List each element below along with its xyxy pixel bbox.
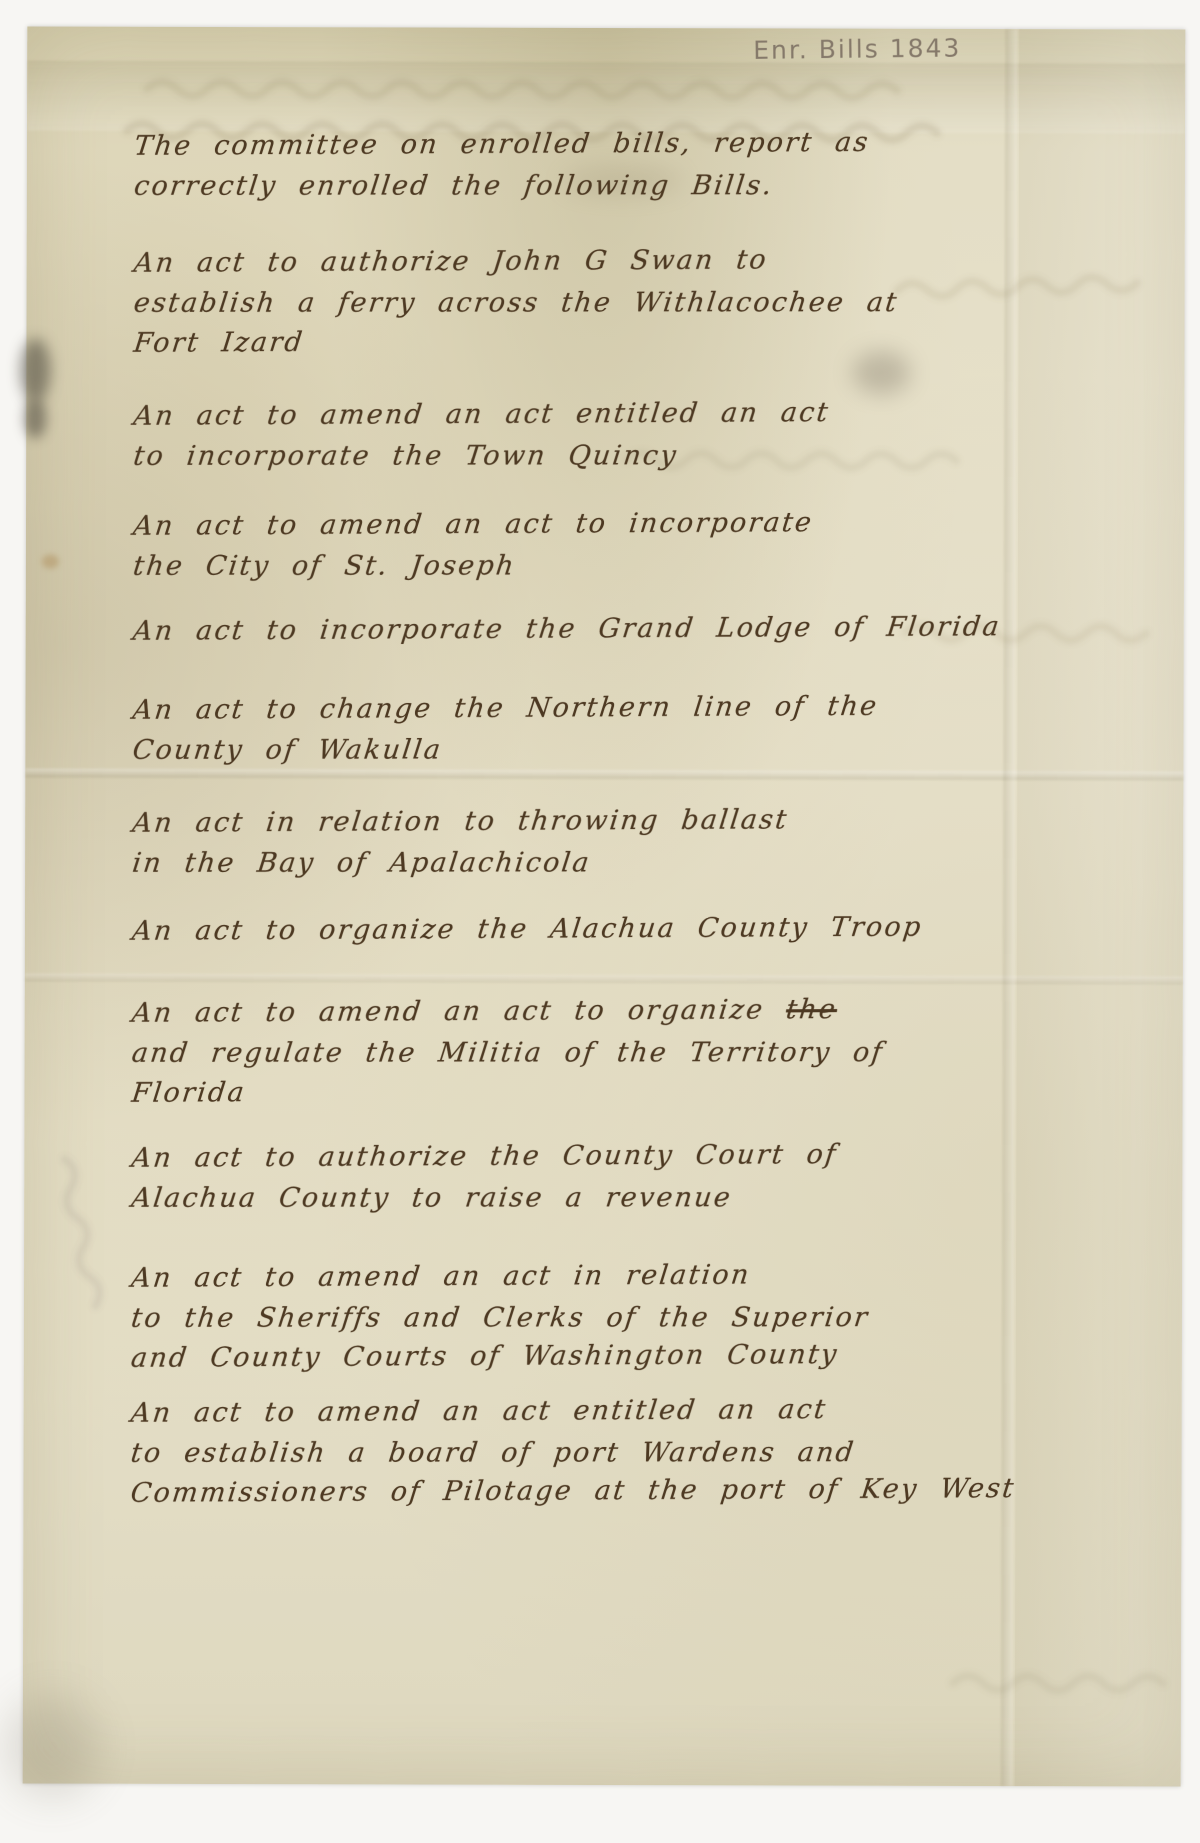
- manuscript-line: Florida: [129, 1070, 886, 1114]
- bill-entry: An act to authorize John G Swan toestabl…: [131, 244, 895, 366]
- struck-word: the: [784, 994, 839, 1025]
- manuscript-line: The committee on enrolled bills, report …: [132, 123, 872, 167]
- manuscript-line: correctly enrolled the following Bills.: [132, 166, 872, 207]
- document-page: Enr. Bills 1843 The committee on enrolle…: [23, 26, 1186, 1786]
- bill-entry: An act to authorize the County Court ofA…: [129, 1139, 834, 1221]
- bill-entry: An act to amend an act to organize thean…: [129, 994, 881, 1116]
- manuscript-line: establish a ferry across the Withlacoche…: [132, 283, 901, 324]
- bill-entry: An act to amend an act entitled an actto…: [128, 1394, 1012, 1516]
- pencil-annotation: Enr. Bills 1843: [753, 33, 961, 64]
- bill-entry: An act in relation to throwing ballastin…: [130, 804, 785, 886]
- manuscript-line: in the Bay of Apalachicola: [130, 843, 790, 884]
- bill-entry: An act to amend an act to incorporatethe…: [131, 507, 810, 589]
- manuscript-line: An act to amend an act in relation: [129, 1255, 872, 1299]
- manuscript-line: and regulate the Militia of the Territor…: [130, 1033, 887, 1074]
- manuscript-line: An act to authorize the County Court of: [129, 1135, 839, 1179]
- bill-entry: An act to incorporate the Grand Lodge of…: [131, 612, 998, 654]
- scan-background: Enr. Bills 1843 The committee on enrolle…: [0, 0, 1200, 1843]
- manuscript-line: An act to authorize John G Swan to: [132, 240, 901, 284]
- manuscript-line: An act to organize the Alachua County Tr…: [130, 908, 925, 952]
- manuscript: Enr. Bills 1843 The committee on enrolle…: [23, 26, 1186, 1786]
- manuscript-line: An act to amend an act to organize the: [130, 990, 887, 1034]
- manuscript-line: to incorporate the Town Quincy: [131, 436, 832, 477]
- manuscript-line: An act to amend an act to incorporate: [131, 503, 816, 547]
- manuscript-line: An act to change the Northern line of th…: [130, 687, 880, 731]
- manuscript-line: to the Sheriffs and Clerks of the Superi…: [129, 1298, 872, 1339]
- manuscript-line: Fort Izard: [131, 320, 900, 364]
- manuscript-line: County of Wakulla: [130, 730, 880, 771]
- bill-entry: An act to amend an act in relationto the…: [129, 1259, 867, 1381]
- manuscript-line: Commissioners of Pilotage at the port of…: [128, 1469, 1017, 1514]
- bill-entry: An act to change the Northern line of th…: [130, 691, 875, 773]
- manuscript-line: the City of St. Joseph: [131, 546, 815, 587]
- manuscript-line: An act to amend an act entitled an act: [129, 1389, 1018, 1434]
- bill-entry: An act to amend an act entitled an actto…: [131, 397, 827, 479]
- manuscript-line: Alachua County to raise a revenue: [129, 1178, 839, 1219]
- manuscript-line: to establish a board of port Wardens and: [129, 1433, 1018, 1474]
- manuscript-line: and County Courts of Washington County: [129, 1335, 872, 1379]
- report-heading: The committee on enrolled bills, report …: [132, 127, 867, 209]
- manuscript-line: An act to incorporate the Grand Lodge of…: [131, 607, 1004, 652]
- bill-entry: An act to organize the Alachua County Tr…: [130, 912, 920, 954]
- manuscript-line: An act in relation to throwing ballast: [130, 800, 791, 843]
- manuscript-line: An act to amend an act entitled an act: [131, 393, 832, 437]
